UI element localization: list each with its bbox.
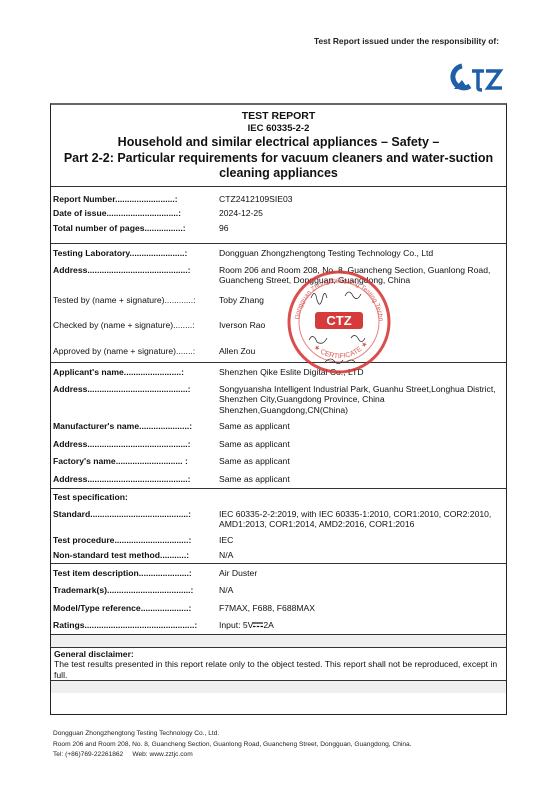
disclaimer-heading: General disclaimer: [54, 649, 503, 660]
standard: IEC 60335-2-2:2019, with IEC 60335-1:201… [217, 509, 504, 530]
model-row: Model/Type reference....................… [53, 603, 504, 614]
manufacturer-name: Same as applicant [217, 421, 504, 432]
tested-by: Toby Zhang [217, 295, 504, 306]
lab-name: Dongguan Zhongzhengtong Testing Technolo… [217, 248, 504, 259]
test-spec-heading: Test specification: [53, 492, 504, 503]
total-pages-row: Total number of pages................: 9… [53, 223, 504, 234]
total-pages: 96 [217, 223, 504, 234]
ctz-logo-icon [448, 62, 504, 92]
non-standard-method-row: Non-standard test method...........: N/A [53, 550, 504, 561]
test-procedure: IEC [217, 535, 504, 546]
checked-by-row: Checked by (name + signature)........: I… [53, 320, 504, 331]
factory-name-row: Factory's name..........................… [53, 456, 504, 467]
non-standard-method: N/A [217, 550, 504, 561]
footer-company: Dongguan Zhongzhengtong Testing Technolo… [53, 729, 412, 740]
applicant-address-row: Address.................................… [53, 384, 504, 416]
date-of-issue-row: Date of issue...........................… [53, 208, 504, 219]
applicant-address: Songyuansha Intelligent Industrial Park,… [217, 384, 504, 416]
report-number-row: Report Number.........................: … [53, 194, 504, 205]
model-reference: F7MAX, F688, F688MAX [217, 603, 504, 614]
lab-address-row: Address.................................… [53, 265, 504, 286]
ratings: Input: 5V2A [217, 620, 504, 631]
report-info-section: Report Number.........................: … [51, 187, 506, 245]
spacer-row [51, 681, 506, 693]
tested-by-row: Tested by (name + signature)............… [53, 295, 504, 306]
test-procedure-row: Test procedure..........................… [53, 535, 504, 546]
trademark: N/A [217, 585, 504, 596]
lab-address: Room 206 and Room 208, No. 8, Guancheng … [217, 265, 504, 286]
disclaimer-section: General disclaimer: The test results pre… [51, 648, 506, 682]
footer-address: Room 206 and Room 208, No. 8, Guancheng … [53, 740, 412, 751]
manufacturer-address-row: Address.................................… [53, 439, 504, 450]
manufacturer-name-row: Manufacturer's name.....................… [53, 421, 504, 432]
checked-by: Iverson Rao [217, 320, 504, 331]
standard-row: Standard................................… [53, 509, 504, 530]
factory-address-row: Address.................................… [53, 474, 504, 485]
title-line: Part 2-2: Particular requirements for va… [53, 151, 504, 167]
disclaimer-text: The test results presented in this repor… [54, 659, 503, 680]
standard-number: IEC 60335-2-2 [53, 123, 504, 135]
factory-name: Same as applicant [217, 456, 504, 467]
trademark-row: Trademark(s)............................… [53, 585, 504, 596]
approved-by-row: Approved by (name + signature).......: A… [53, 346, 504, 357]
report-title-block: TEST REPORT IEC 60335-2-2 Household and … [51, 105, 506, 187]
dc-symbol-icon [253, 622, 263, 628]
spacer-row [51, 635, 506, 648]
item-description: Air Duster [217, 568, 504, 579]
page-footer: Dongguan Zhongzhengtong Testing Technolo… [53, 729, 412, 761]
responsibility-note: Test Report issued under the responsibil… [314, 36, 499, 46]
footer-contact: Tel: (+86)769-22261862 Web: www.zztjc.co… [53, 750, 412, 761]
report-number: CTZ2412109SIE03 [217, 194, 504, 205]
title-line: cleaning appliances [53, 166, 504, 182]
approved-by: Allen Zou [217, 346, 504, 357]
ratings-row: Ratings.................................… [53, 620, 504, 631]
laboratory-section: Testing Laboratory......................… [51, 244, 506, 363]
lab-name-row: Testing Laboratory......................… [53, 248, 504, 259]
test-specification-section: Test specification: Standard............… [51, 489, 506, 564]
test-report-form: TEST REPORT IEC 60335-2-2 Household and … [50, 103, 507, 715]
applicant-section: Applicant's name........................… [51, 363, 506, 489]
applicant-name: Shenzhen Qike Eslite Digital Co., LTD [217, 367, 504, 378]
title-line: Household and similar electrical applian… [53, 135, 504, 151]
report-title: TEST REPORT [53, 110, 504, 123]
factory-address: Same as applicant [217, 474, 504, 485]
test-item-section: Test item description...................… [51, 564, 506, 635]
date-of-issue: 2024-12-25 [217, 208, 504, 219]
applicant-name-row: Applicant's name........................… [53, 367, 504, 378]
item-description-row: Test item description...................… [53, 568, 504, 579]
manufacturer-address: Same as applicant [217, 439, 504, 450]
